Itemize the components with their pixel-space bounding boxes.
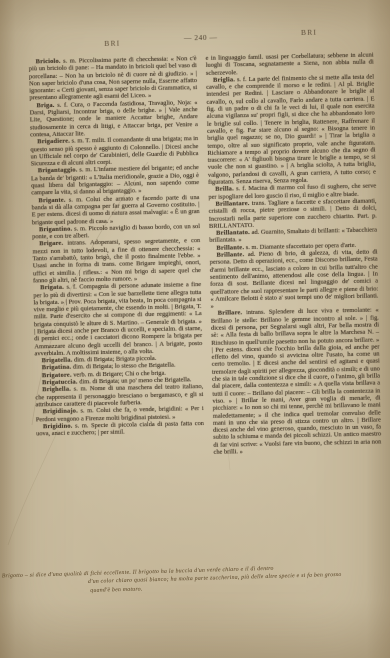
entry-headword: Brilla.: [215, 186, 234, 193]
entry-headword: Briga.: [36, 102, 54, 109]
page-header: BRI — 240 — BRI: [28, 25, 373, 54]
entry-body: e in linguaggio famil. usasi per Corbell…: [206, 52, 374, 77]
two-column-text: Briciolo. s. m. Piccolissima parte di ch…: [29, 52, 384, 571]
dictionary-entry: Brigare. intrans. Adoperarsi, spesso seg…: [32, 237, 201, 284]
scanned-page: BRI — 240 — BRI Briciolo. s. m. Piccolis…: [0, 0, 390, 658]
dictionary-entry: Briglia. s. f. La parte del finimento ch…: [206, 73, 376, 186]
dictionary-entry: Brillare. intrans. Splendere di luce viv…: [211, 307, 382, 456]
entry-body: intrans. Splendere di luce viva e tremol…: [211, 307, 382, 456]
page-number: — 240 —: [184, 33, 218, 43]
dictionary-entry: Briga. s. f. Cura, o Faccenda fastidiosa…: [29, 99, 198, 139]
dictionary-entry: Briciolo. s. m. Piccolissima parte di ch…: [29, 55, 198, 102]
entry-body: s. f. Cura, o Faccenda fastidiosa, Trava…: [30, 99, 198, 139]
left-column: Briciolo. s. m. Piccolissima parte di ch…: [29, 55, 207, 570]
entry-headword: Briglia.: [213, 76, 235, 83]
dictionary-entry: Brigata. s. f. Compagnia di persone adun…: [33, 281, 202, 357]
entry-body: s. f. Compagnia di persone adunate insie…: [33, 281, 202, 357]
entry-headword: Brigare.: [39, 240, 63, 247]
right-column: e in linguaggio famil. usasi per Corbell…: [206, 52, 384, 567]
dictionary-entry: Brigante. s. m. Colui che armato e facen…: [31, 194, 200, 227]
running-head-left: BRI: [104, 39, 120, 48]
entry-body: s. f. La parte del finimento che si mett…: [206, 73, 376, 186]
entry-body: ad. Pieno di brio, di galezza, di vita, …: [210, 249, 379, 310]
text-block: BRI — 240 — BRI Briciolo. s. m. Piccolis…: [28, 25, 384, 572]
dictionary-entry: Brillante. ad. Pieno di brio, di galezza…: [209, 249, 378, 311]
dictionary-entry: Brillantare. trans. Tagliare a faccette …: [208, 197, 377, 230]
running-head-right: BRI: [301, 28, 317, 37]
dictionary-entry: Brigadiere. s. m. T. milit. Il comandant…: [30, 135, 199, 168]
entry-headword: Brillantato.: [216, 229, 250, 237]
dictionary-entry: Brigantaggio. s. m. L'infame mestiere de…: [31, 165, 200, 198]
dictionary-entry: Brigidino. s. m. Specie di piccola ciald…: [36, 420, 204, 438]
